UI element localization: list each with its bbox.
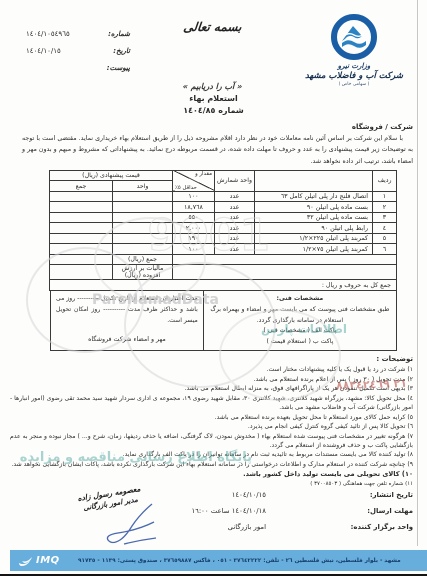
item-description: اتصال فلنج دار پلی اتیلن کامل ٦٣: [255, 191, 373, 202]
row-no: ٣: [373, 212, 397, 223]
item-description: کمربند پلی اتیلن ٢٢٥×١/٢: [255, 233, 373, 244]
letterhead: وزارت نیرو شرکت آب و فاضلاب مشهد ( سهامی…: [0, 0, 427, 91]
deadline-row: مهلت ارسال: ١٤٠٤/١٠/١٨ ساعت ١٦:٠٠: [0, 507, 413, 515]
notes-title: توضیحات :: [10, 355, 413, 363]
grand-total-label: جمع کل به حروف و ریال :: [50, 280, 397, 291]
col-price-group: قیمت پیشنهادی (ریال): [50, 170, 173, 181]
note-item: ٢) مدت تحویل ( ٣٠ روز ) پس از اعلام برند…: [10, 375, 413, 384]
sum-value: [50, 254, 113, 265]
items-table: ردیف واحد شمارش مقدار و حداقل ٥٪ قیمت پی…: [49, 170, 397, 292]
item-total: [50, 202, 113, 213]
addressee: شرکت / فروشگاه: [14, 123, 413, 131]
basmala-text: بسمه تعالی: [129, 20, 295, 34]
item-unit-price: [113, 202, 173, 213]
item-quantity: ١٠٠: [173, 191, 215, 202]
address-bar: مشهد - بلوار فلسطین، نبش فلسطین ٢٦ - تلف…: [10, 550, 427, 571]
col-total-price: جمع: [50, 181, 113, 192]
document-page: 9001 ParsNamadData اطلاعات پارس پایگاه ا…: [0, 0, 427, 576]
item-total: [50, 233, 113, 244]
date-label: تاریخ:: [94, 47, 130, 55]
letter-meta: شماره: ١٤٠٤/١٠٥٤٩٦٥ تاریخ: ١٤٠٤/١٠/١٥ پی…: [12, 12, 130, 91]
notes-section: توضیحات : ١) شرکت در رد یا قبول یک یا کل…: [10, 355, 413, 487]
organizer-unit-label: واحد برگزار کننده:: [321, 523, 413, 531]
item-unit: عدد: [215, 244, 255, 255]
publish-date-label: تاریخ انتشار:: [321, 491, 413, 499]
note-item: ٥) کرایه حمل کالای مورد استعلام تا محل ت…: [10, 413, 413, 422]
item-description: بست ماده پلی اتیلن ٩٠: [255, 202, 373, 213]
note-item: ٦) تحویل کالا پس از تائید کیفی گروه کنتر…: [10, 422, 413, 431]
validity-body: مدت اعتبار این استعلام از تاریخ تکمیل --…: [56, 294, 198, 327]
sum-row-spacer: [173, 254, 397, 265]
company-subtitle: ( سهامی خاص ): [295, 82, 413, 87]
imq-logo: IMQ: [18, 554, 60, 568]
title-line1: استعلام بهاء: [0, 93, 427, 105]
publish-date-value: ١٤٠٤/١٠/١٥: [232, 491, 266, 499]
note-item: ٣) بدیهی است تکمیل ننمودن هر یک از پاراگ…: [10, 384, 413, 393]
date-value: ١٤٠٤/١٠/١٥: [12, 47, 94, 55]
number-label: شماره:: [94, 30, 130, 38]
table-row: ٣ بست ماده پلی اتیلن ٣٢ عدد ٥٥٠: [50, 212, 397, 223]
document-title: استعلام بهاء شماره ١٤٠٤/٨٥: [0, 93, 427, 117]
col-count-unit: واحد شمارش: [215, 170, 255, 191]
specs-body: طبق مشخصات فنی پیوست که می بایست مهر و ا…: [208, 305, 392, 326]
title-line2: شماره ١٤٠٤/٨٥: [0, 105, 427, 117]
item-unit: عدد: [215, 233, 255, 244]
footer-fields: تاریخ انتشار: ١٤٠٤/١٠/١٥ مهلت ارسال: ١٤٠…: [0, 491, 413, 531]
item-quantity: ٢,٠٠٠: [173, 223, 215, 234]
handwritten-signature-icon: [90, 500, 170, 548]
validity-cell: مدت اعتبار این استعلام از تاریخ تکمیل --…: [51, 291, 203, 350]
header-center: بسمه تعالی « آب را دریابیم »: [130, 12, 295, 91]
row-no: ١: [373, 191, 397, 202]
item-unit-price: [113, 212, 173, 223]
item-quantity: ١٠٠: [173, 244, 215, 255]
row-no: ٦: [373, 244, 397, 255]
table-header-row-1: ردیف واحد شمارش مقدار و حداقل ٥٪ قیمت پی…: [50, 170, 397, 181]
imq-swoosh-icon: [18, 554, 34, 568]
quantity-header-bottom: حداقل ٥٪: [175, 185, 197, 191]
col-description: [255, 170, 373, 191]
meta-number-row: شماره: ١٤٠٤/١٠٥٤٩٦٥: [12, 30, 130, 38]
row-no: ٥: [373, 233, 397, 244]
item-unit-price: [113, 191, 173, 202]
row-no: ٤: [373, 223, 397, 234]
col-quantity: مقدار و حداقل ٥٪: [173, 170, 215, 191]
number-value: ١٤٠٤/١٠٥٤٩٦٥: [12, 30, 94, 38]
item-quantity: ٥٥٠: [173, 212, 215, 223]
item-quantity: ١٨,٧٦٨: [173, 202, 215, 213]
meta-date-row: تاریخ: ١٤٠٤/١٠/١٥: [12, 47, 130, 55]
specs-title: مشخصات فنی:: [208, 294, 392, 305]
vat-row-spacer: [173, 265, 397, 280]
item-unit: عدد: [215, 212, 255, 223]
publish-date-row: تاریخ انتشار: ١٤٠٤/١٠/١٥: [0, 491, 413, 499]
table-row: ١ اتصال فلنج دار پلی اتیلن کامل ٦٣ عدد ١…: [50, 191, 397, 202]
deadline-value: ١٤٠٤/١٠/١٨ ساعت ١٦:٠٠: [191, 507, 266, 515]
item-description: رابط پلی اتیلن ٩٠: [255, 223, 373, 234]
company-address: مشهد - بلوار فلسطین، نبش فلسطین ٢٦ - تلف…: [60, 558, 419, 564]
sum-row: جمع (ریال): [50, 254, 397, 265]
item-total: [50, 223, 113, 234]
table-row: ٥ کمربند پلی اتیلن ٢٢٥×١/٢ عدد ١٩٠: [50, 233, 397, 244]
note-item: ٤) محل تحویل کالا: مشهد، بزرگراه شهید کل…: [10, 394, 413, 413]
water-company-logo-icon: [331, 14, 377, 60]
item-total: [50, 191, 113, 202]
vat-row: مالیات بر ارزش افزوده (ریال): [50, 265, 397, 280]
note-item: ١٠) کالای تحویلی می بایست تولید داخل کشو…: [10, 469, 413, 479]
col-row-no: ردیف: [373, 170, 397, 191]
table-row: ٦ کمربند پلی اتیلن ٧٥×١/٢ عدد ١٠٠: [50, 244, 397, 255]
vat-label: مالیات بر ارزش افزوده (ریال): [113, 265, 173, 280]
item-quantity: ١٩٠: [173, 233, 215, 244]
note-item: ١١) شماره تلفن جهت هماهنگی ( ٣٧٠٠٨٥٠٣ ): [10, 480, 413, 488]
table-row: ٤ رابط پلی اتیلن ٩٠ عدد ٢,٠٠٠: [50, 223, 397, 234]
item-unit-price: [113, 223, 173, 234]
grand-total-row: جمع کل به حروف و ریال :: [50, 280, 397, 291]
company-name: شرکت آب و فاضلاب مشهد: [295, 71, 413, 81]
item-total: [50, 212, 113, 223]
item-unit-price: [113, 233, 173, 244]
intro-paragraph: با سلام این شرکت بر اساس آئین نامه معامل…: [22, 133, 413, 167]
sum-label: جمع (ریال): [113, 254, 173, 265]
vendor-stamp-line: مهر و امضاء شرکت فروشگاه: [56, 334, 198, 345]
deadline-label: مهلت ارسال:: [321, 507, 413, 515]
vat-value: [50, 265, 113, 280]
meta-attachment-row: پیوست:: [12, 64, 130, 72]
table-row: ٢ بست ماده پلی اتیلن ٩٠ عدد ١٨,٧٦٨: [50, 202, 397, 213]
technical-specs-cell: مشخصات فنی: طبق مشخصات فنی پیوست که می ب…: [203, 291, 396, 350]
specs-packet-b: پاکت ب ( استعلام قیمت ): [208, 337, 392, 348]
note-item: ٩) چنانچه شرکت کننده در استعلام مدارک و …: [10, 460, 413, 469]
note-item: ١) شرکت در رد یا قبول یک یا کلیه پیشنهاد…: [10, 365, 413, 374]
scan-edge-right: [417, 0, 419, 546]
row-no: ٢: [373, 202, 397, 213]
ministry-name: وزارت نیرو: [295, 62, 413, 70]
item-unit: عدد: [215, 191, 255, 202]
specs-packet-a: پاکت الف ( مشخصات فنی ): [208, 326, 392, 337]
item-description: کمربند پلی اتیلن ٧٥×١/٢: [255, 244, 373, 255]
item-unit: عدد: [215, 223, 255, 234]
slogan-text: « آب را دریابیم »: [130, 82, 295, 91]
col-unit-price: واحد: [113, 181, 173, 192]
imq-label: IMQ: [36, 555, 60, 566]
item-total: [50, 244, 113, 255]
company-logo-block: وزارت نیرو شرکت آب و فاضلاب مشهد ( سهامی…: [295, 12, 413, 91]
organizer-unit-row: واحد برگزار کننده: امور بازرگانی: [0, 523, 413, 531]
item-unit: عدد: [215, 202, 255, 213]
specs-validity-box: مشخصات فنی: طبق مشخصات فنی پیوست که می ب…: [50, 291, 397, 351]
item-description: بست ماده پلی اتیلن ٣٢: [255, 212, 373, 223]
attachment-label: پیوست:: [94, 64, 130, 72]
quantity-header-top: مقدار و: [195, 171, 212, 177]
item-unit-price: [113, 244, 173, 255]
organizer-unit-value: امور بازرگانی: [228, 523, 266, 531]
note-item: ٨) تولید کننده کالا می بایست مستندات مرب…: [10, 450, 413, 459]
note-item: ٧) هرگونه تغییر در مشخصات فنی پیوست شده …: [10, 432, 413, 451]
